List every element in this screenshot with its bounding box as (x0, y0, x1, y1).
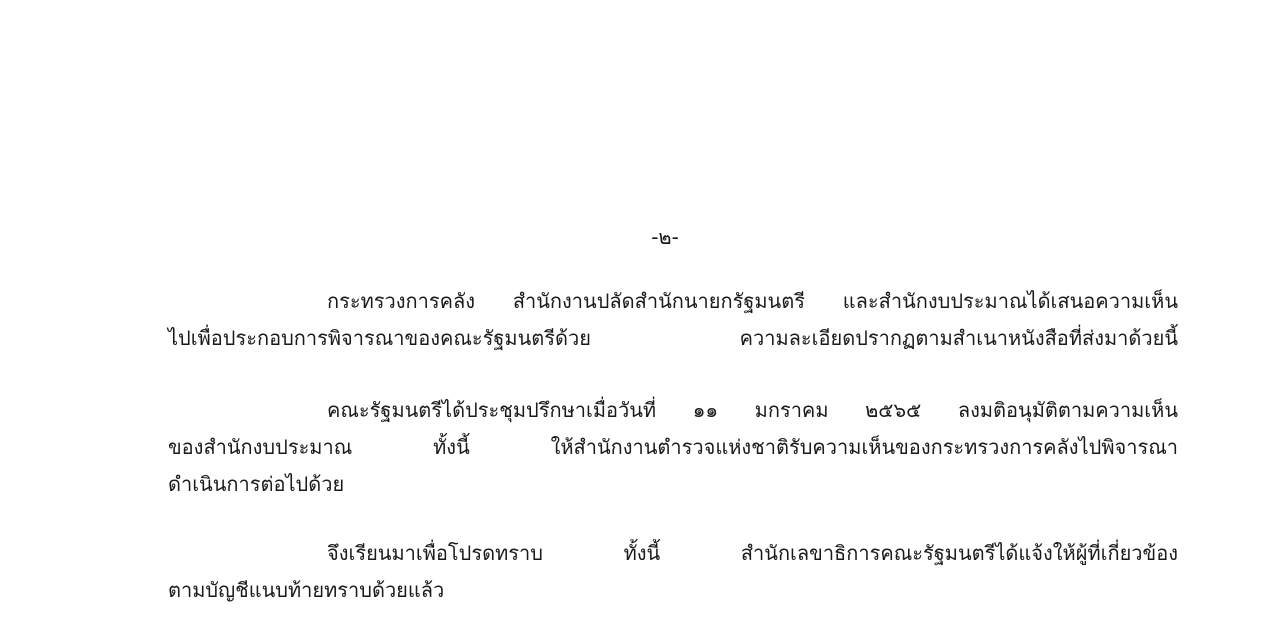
paragraph-line: ของสำนักงบประมาณ ทั้งนี้ ให้สำนักงานตำรว… (168, 432, 1178, 462)
document-page: -๒- กระทรวงการคลัง สำนักงานปลัดสำนักนายก… (0, 0, 1280, 628)
paragraph-line: คณะรัฐมนตรีได้ประชุมปรึกษาเมื่อวันที่ ๑๑… (327, 395, 1178, 425)
paragraph-line: ไปเพื่อประกอบการพิจารณาของคณะรัฐมนตรีด้ว… (168, 323, 1178, 353)
paragraph-line: กระทรวงการคลัง สำนักงานปลัดสำนักนายกรัฐม… (327, 286, 1178, 316)
paragraph-line: จึงเรียนมาเพื่อโปรดทราบ ทั้งนี้ สำนักเลข… (327, 538, 1178, 568)
page-number: -๒- (0, 222, 1280, 252)
paragraph-line: ตามบัญชีแนบท้ายทราบด้วยแล้ว (168, 575, 1178, 605)
paragraph-line: ดำเนินการต่อไปด้วย (168, 469, 1178, 499)
